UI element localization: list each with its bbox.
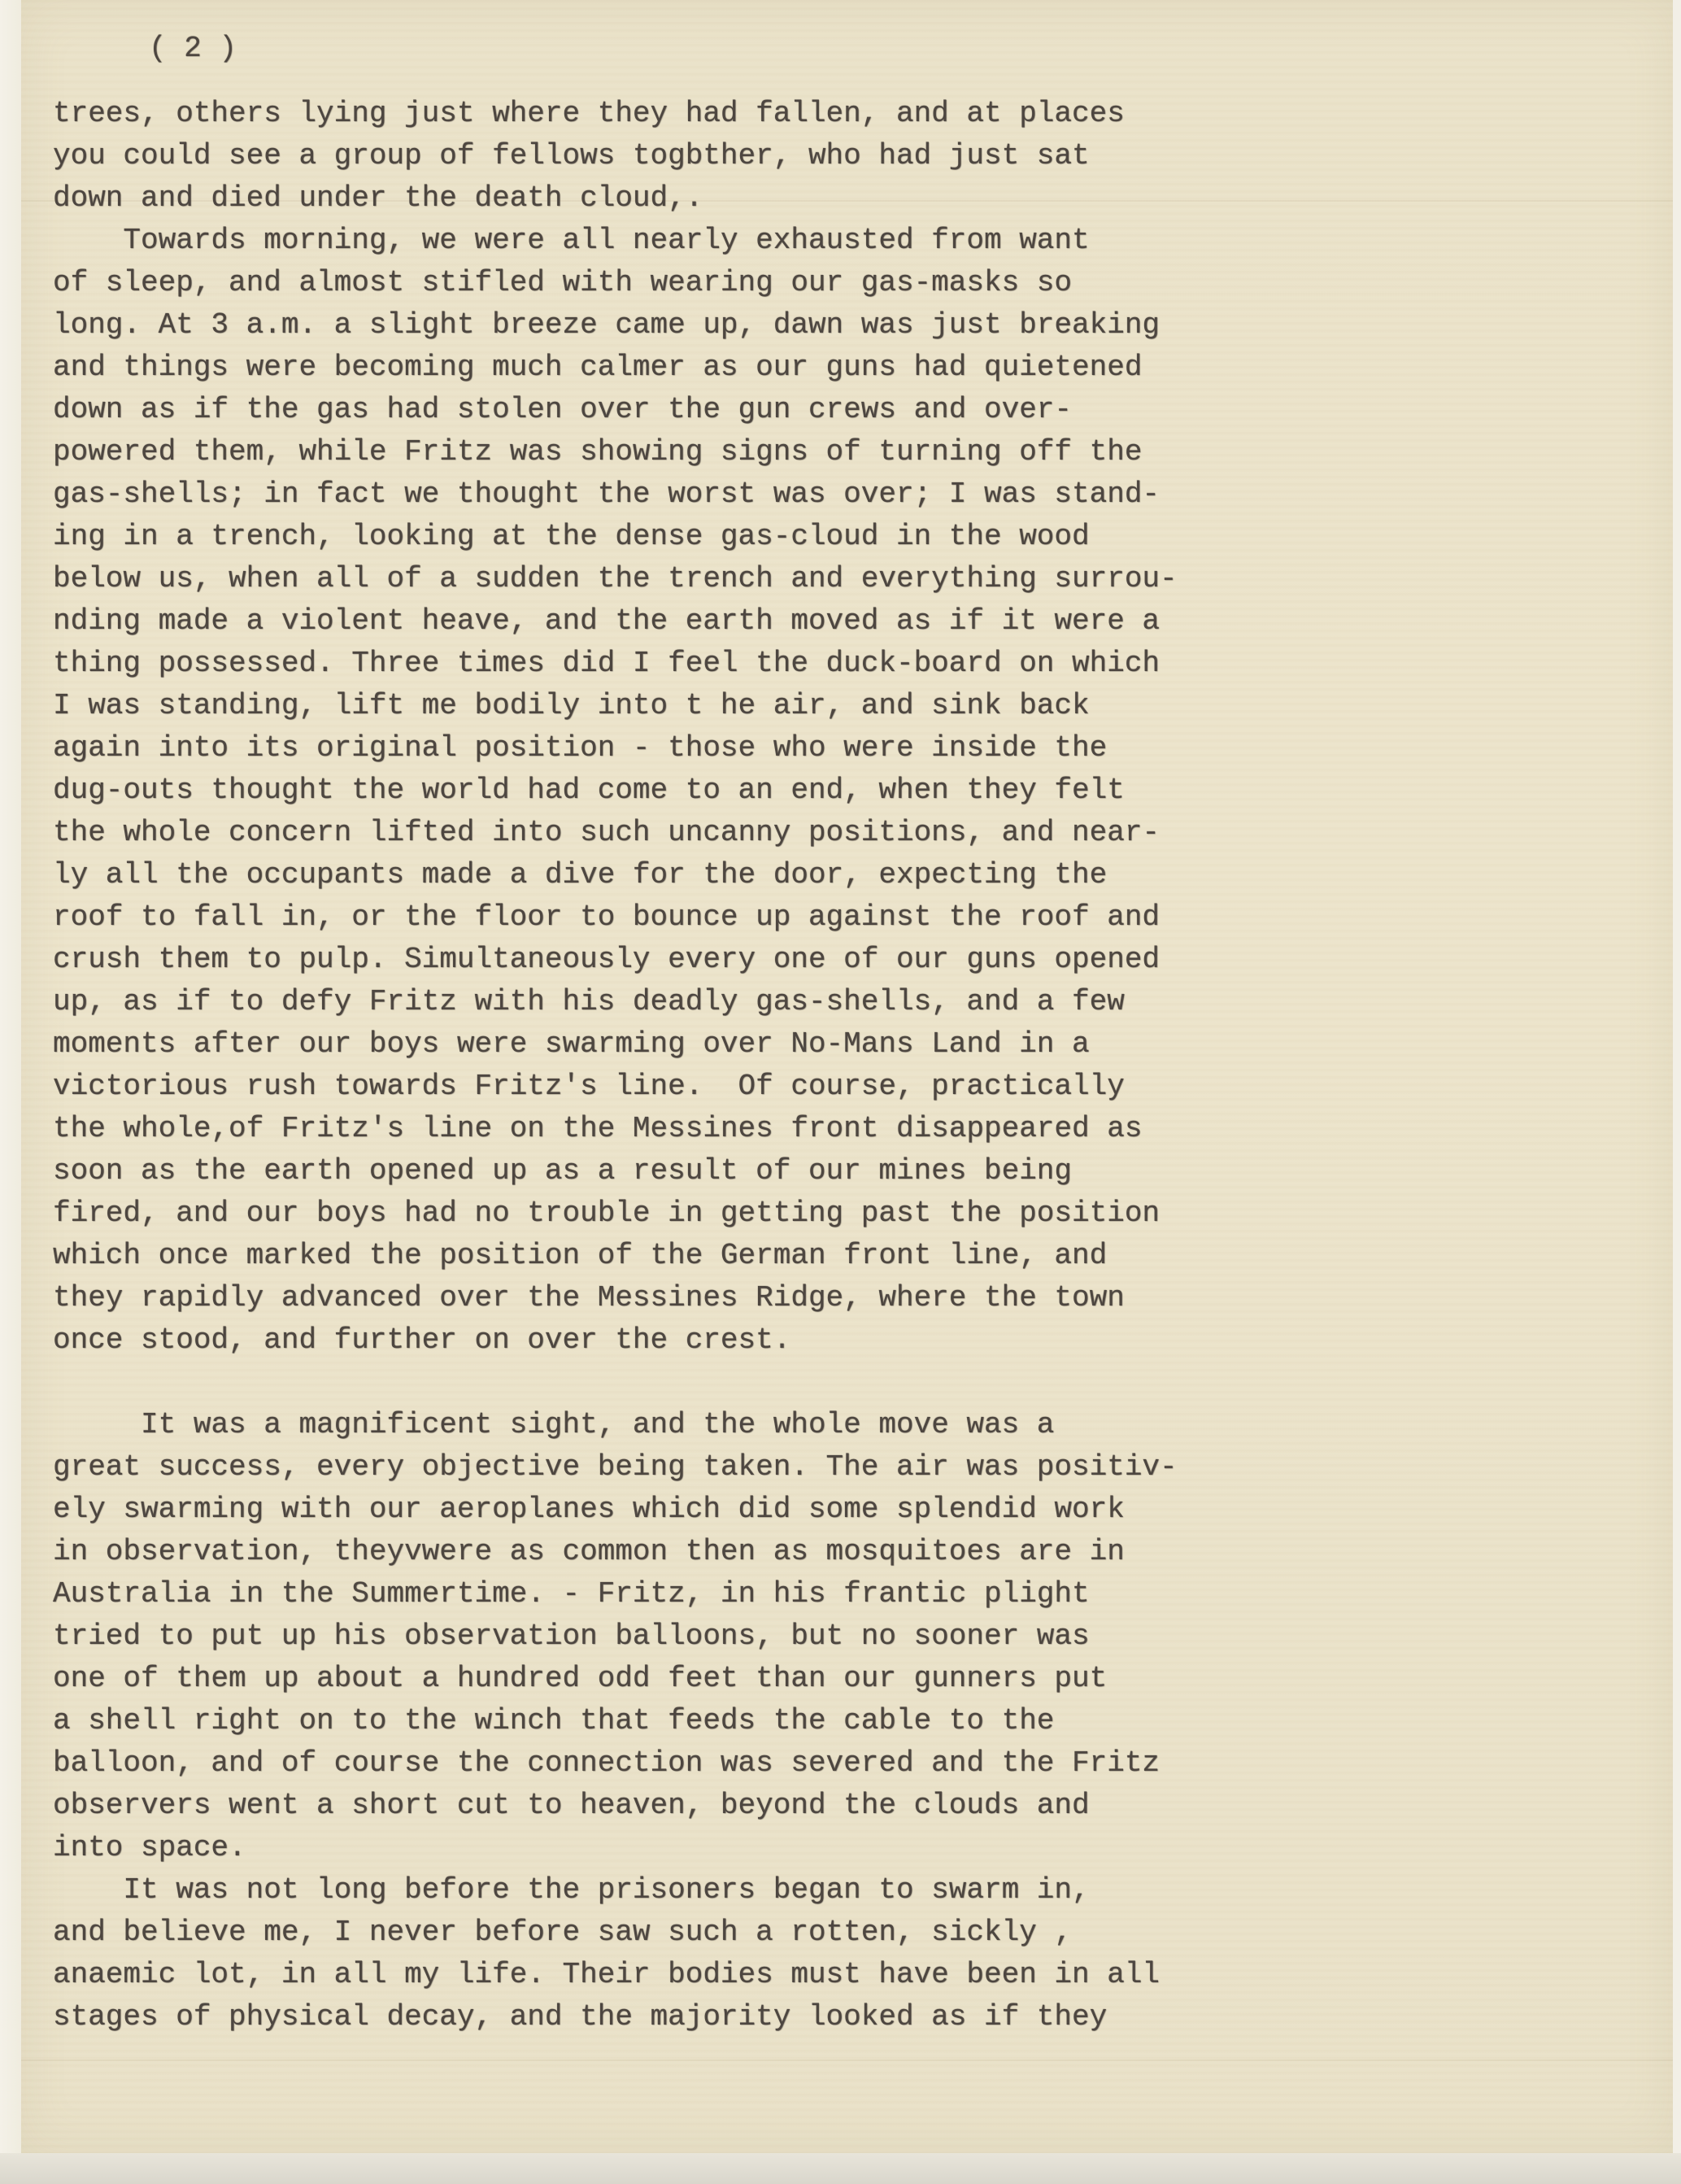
scan-edge-bottom bbox=[0, 2153, 1681, 2184]
paragraph-continuation: trees, others lying just where they had … bbox=[53, 93, 1598, 220]
paragraph-magnificent-sight: It was a magnificent sight, and the whol… bbox=[53, 1404, 1598, 1869]
paragraph-towards-morning: Towards morning, we were all nearly exha… bbox=[53, 220, 1598, 1362]
scan-edge-left bbox=[0, 0, 21, 2184]
page-number: ( 2 ) bbox=[149, 28, 1598, 70]
typewritten-content: ( 2 ) trees, others lying just where the… bbox=[53, 28, 1598, 2038]
paragraph-prisoners: It was not long before the prisoners beg… bbox=[53, 1869, 1598, 2038]
paper-crease bbox=[21, 2060, 1673, 2061]
scanned-letter-page: ( 2 ) trees, others lying just where the… bbox=[0, 0, 1681, 2184]
